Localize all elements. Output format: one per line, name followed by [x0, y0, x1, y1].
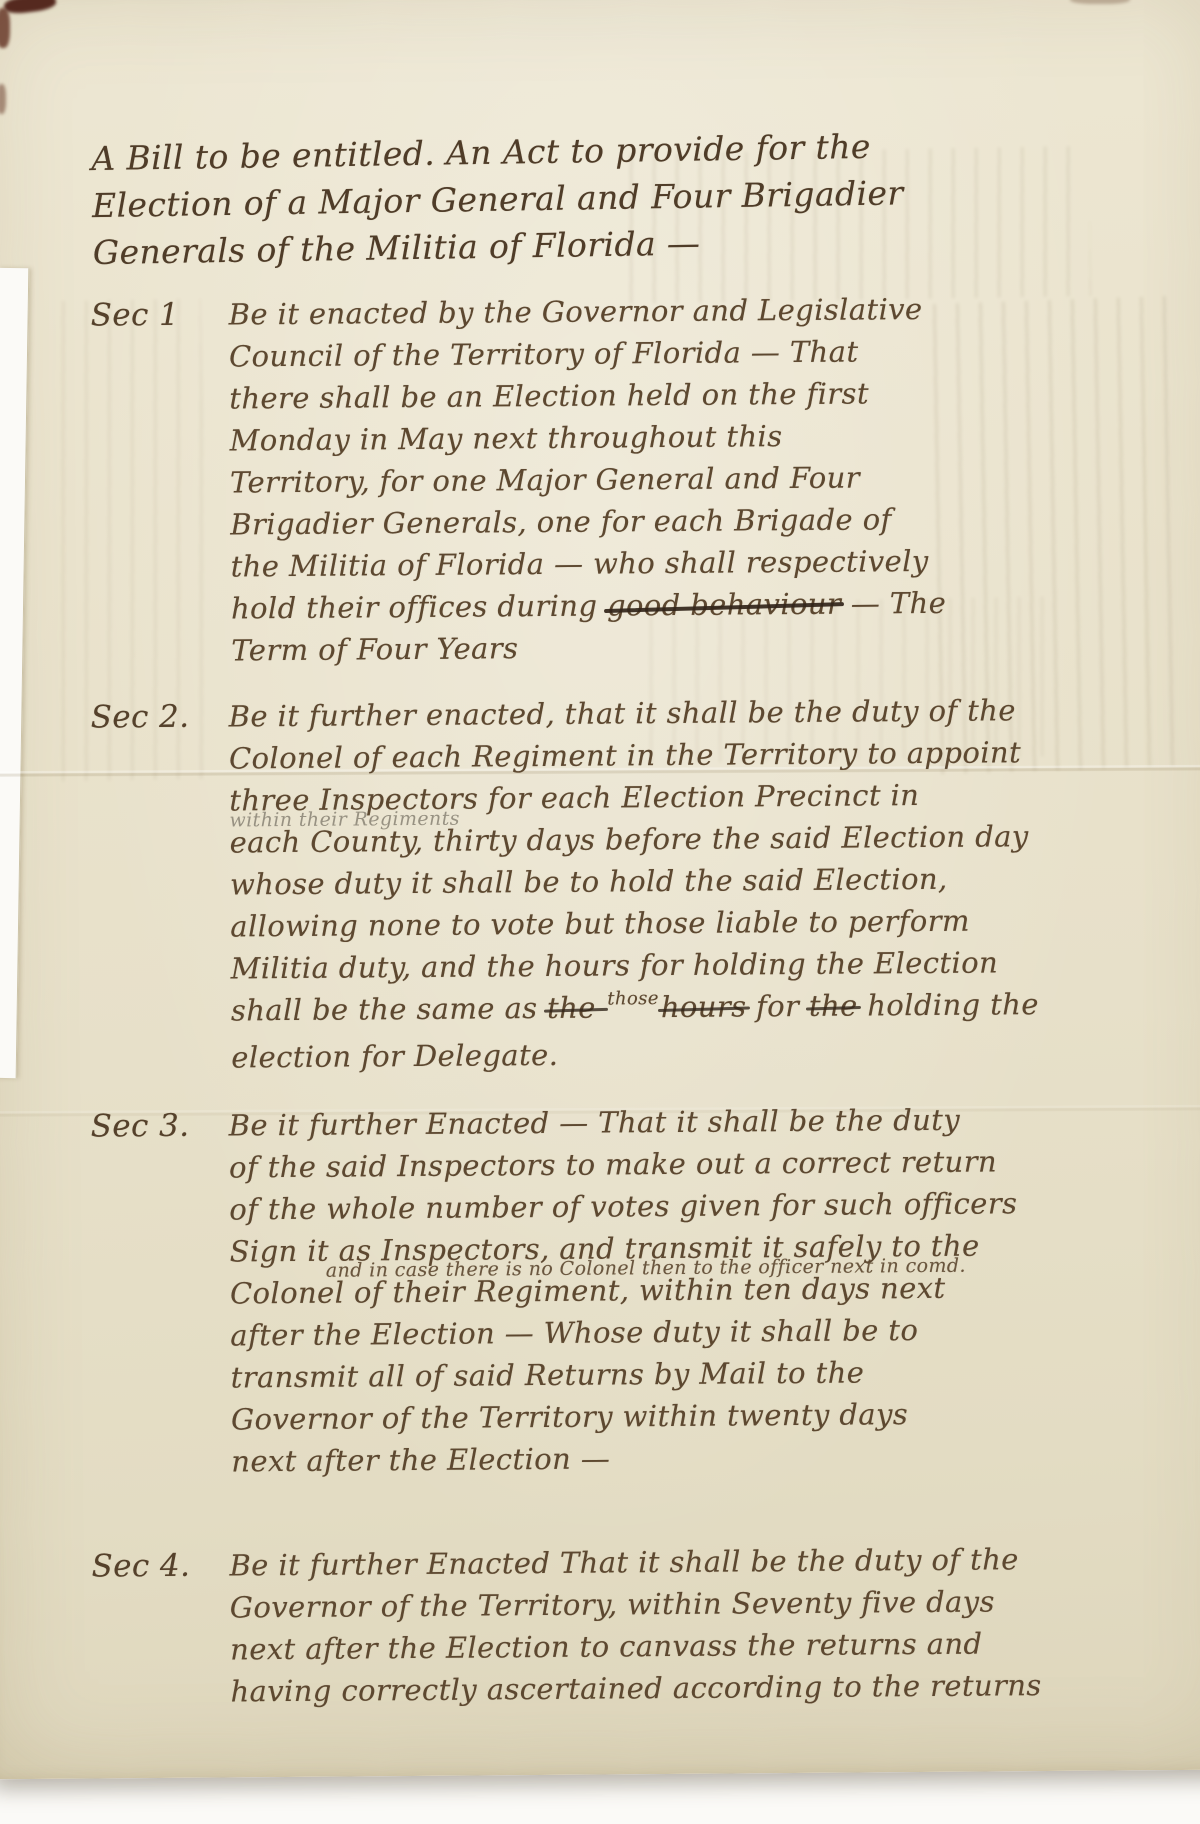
text-segment: within their Regiments	[229, 808, 460, 832]
text-segment: of the said Inspectors to make out a cor…	[229, 1144, 997, 1184]
section-label: Sec 3.	[91, 1105, 190, 1148]
struck-text: the	[547, 991, 606, 1025]
manuscript-line: election for Delegate.	[231, 1030, 993, 1078]
manuscript-line: shall be the same as the thosehours for …	[231, 983, 993, 1036]
struck-text: good behaviour	[607, 587, 841, 623]
manuscript-line: Colonel of each Regiment in the Territor…	[229, 731, 991, 779]
manuscript-line: there shall be an Election held on the f…	[229, 371, 991, 419]
text-segment: Term of Four Years	[231, 631, 518, 667]
text-segment: Monday in May next throughout this	[230, 419, 783, 457]
text-segment: there shall be an Election held on the f…	[229, 376, 869, 415]
manuscript-body: A Bill to be entitled. An Act to provide…	[92, 128, 992, 1710]
photo-background: A Bill to be entitled. An Act to provide…	[0, 0, 1200, 1824]
text-segment: whose duty it shall be to hold the said …	[230, 862, 948, 902]
manuscript-line: next after the Election to canvass the r…	[230, 1622, 992, 1670]
text-segment: Be it further enacted, that it shall be …	[229, 693, 1016, 733]
manuscript-line: Militia duty, and the hours for holding …	[230, 941, 992, 989]
text-segment: hold their offices during	[231, 588, 607, 625]
manuscript-line: Be it enacted by the Governor and Legisl…	[229, 287, 991, 335]
interlined-word: those	[607, 988, 659, 1009]
ink-blot	[0, 8, 10, 48]
manuscript-line: transmit all of said Returns by Mail to …	[231, 1350, 993, 1398]
manuscript-line: of the whole number of votes given for s…	[229, 1182, 991, 1230]
manuscript-line: Term of Four Years	[231, 623, 993, 671]
text-segment: Colonel of each Regiment in the Territor…	[229, 735, 1021, 775]
manuscript-line: Territory, for one Major General and Fou…	[230, 455, 992, 503]
text-segment: shall be the same as	[231, 991, 547, 1027]
section-label: Sec 1	[91, 294, 180, 337]
text-segment: allowing none to vote but those liable t…	[230, 904, 970, 944]
sections-container: Sec 1Be it enacted by the Governor and L…	[92, 291, 992, 1710]
text-segment: Militia duty, and the hours for holding …	[231, 945, 999, 985]
manuscript-line: after the Election — Whose duty it shall…	[230, 1308, 992, 1356]
text-segment: holding the	[857, 987, 1038, 1022]
text-segment: of the whole number of votes given for s…	[229, 1186, 1017, 1226]
struck-text: the	[809, 989, 858, 1023]
manuscript-line: Governor of the Territory within twenty …	[231, 1392, 993, 1440]
text-segment: the Militia of Florida — who shall respe…	[231, 544, 929, 583]
text-segment: election for Delegate.	[231, 1038, 558, 1075]
text-segment: Governor of the Territory, within Sevent…	[230, 1584, 995, 1624]
manuscript-line: Brigadier Generals, one for each Brigade…	[230, 497, 992, 545]
manuscript-line: Monday in May next throughout this	[230, 413, 992, 461]
manuscript-line: Be it further Enacted That it shall be t…	[229, 1538, 991, 1586]
manuscript-line: having correctly ascertained according t…	[230, 1664, 992, 1712]
document-title: A Bill to be entitled. An Act to provide…	[91, 121, 993, 276]
section: Sec 1Be it enacted by the Governor and L…	[91, 287, 994, 672]
manuscript-line: Council of the Territory of Florida — Th…	[229, 329, 991, 377]
section-label: Sec 2.	[91, 696, 190, 739]
manuscript-line: hold their offices during good behaviour…	[231, 581, 993, 629]
text-segment: Be it enacted by the Governor and Legisl…	[229, 292, 923, 331]
manuscript-line: allowing none to vote but those liable t…	[230, 899, 992, 947]
ink-blot	[0, 84, 6, 114]
manuscript-line: whose duty it shall be to hold the said …	[230, 857, 992, 905]
text-segment: having correctly ascertained according t…	[230, 1668, 1041, 1708]
section: Sec 3.Be it further Enacted — That it sh…	[91, 1098, 994, 1483]
text-segment: Brigadier Generals, one for each Brigade…	[230, 502, 892, 541]
section: Sec 2.Be it further enacted, that it sha…	[91, 689, 994, 1079]
section-label: Sec 4.	[91, 1545, 190, 1588]
manuscript-line: Be it further Enacted — That it shall be…	[229, 1098, 991, 1146]
manuscript-line: Be it further enacted, that it shall be …	[229, 689, 991, 737]
section: Sec 4.Be it further Enacted That it shal…	[91, 1538, 992, 1713]
text-segment: Governor of the Territory within twenty …	[231, 1397, 908, 1436]
manuscript-line: next after the Election —	[231, 1434, 993, 1482]
text-segment: Territory, for one Major General and Fou…	[230, 461, 860, 500]
text-segment: Council of the Territory of Florida — Th…	[229, 335, 859, 374]
interlined-annotation: and in case there is no Colonel then to …	[326, 1258, 992, 1278]
text-segment: after the Election — Whose duty it shall…	[230, 1313, 918, 1352]
text-segment: Be it further Enacted — That it shall be…	[229, 1103, 961, 1143]
text-segment: next after the Election —	[231, 1441, 610, 1478]
manuscript-line: Governor of the Territory, within Sevent…	[230, 1580, 992, 1628]
text-segment: transmit all of said Returns by Mail to …	[231, 1355, 865, 1394]
text-segment: — The	[841, 586, 946, 621]
manuscript-line: the Militia of Florida — who shall respe…	[231, 539, 993, 587]
text-segment: Be it further Enacted That it shall be t…	[229, 1542, 1019, 1582]
manuscript-line: of the said Inspectors to make out a cor…	[229, 1140, 991, 1188]
struck-text: hours	[661, 989, 747, 1024]
text-segment: for	[746, 989, 809, 1023]
text-segment: next after the Election to canvass the r…	[230, 1627, 983, 1667]
